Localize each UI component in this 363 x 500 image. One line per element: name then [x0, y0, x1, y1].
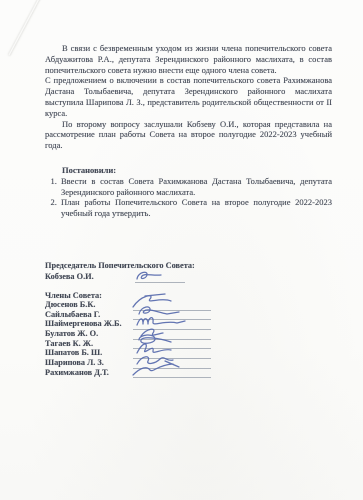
chairman-signature-line: [135, 270, 185, 283]
chairman-signature-row: Кобзева О.И.: [45, 271, 332, 283]
paragraph-3: По второму вопросу заслушали Кобзеву О.И…: [45, 119, 332, 151]
paragraph-2: С предложением о включении в состав попе…: [45, 75, 332, 118]
document-body: В связи с безвременным уходом из жизни ч…: [45, 43, 332, 378]
member-signature-line: [133, 368, 211, 379]
scan-crease-mark: [8, 0, 41, 56]
signature-block: Председатель Попечительского Совета: Коб…: [45, 261, 332, 379]
member-name: Рахимжанов Д.Т.: [45, 368, 133, 379]
member-signature-row: Рахимжанов Д.Т.: [45, 369, 332, 379]
chairman-name: Кобзева О.И.: [45, 272, 133, 283]
scanned-document-page: В связи с безвременным уходом из жизни ч…: [0, 0, 363, 500]
resolved-heading: Постановили:: [45, 165, 332, 176]
signature-icon: [129, 267, 169, 285]
chairman-label: Председатель Попечительского Совета:: [45, 261, 332, 271]
paragraph-1: В связи с безвременным уходом из жизни ч…: [45, 43, 332, 75]
resolutions-list: Ввести в состав Совета Рахимжанова Даста…: [45, 176, 332, 219]
resolution-item-1: Ввести в состав Совета Рахимжанова Даста…: [59, 176, 332, 198]
resolution-item-2: План работы Попечительского Совета на вт…: [59, 197, 332, 219]
signature-icon: [127, 358, 197, 380]
